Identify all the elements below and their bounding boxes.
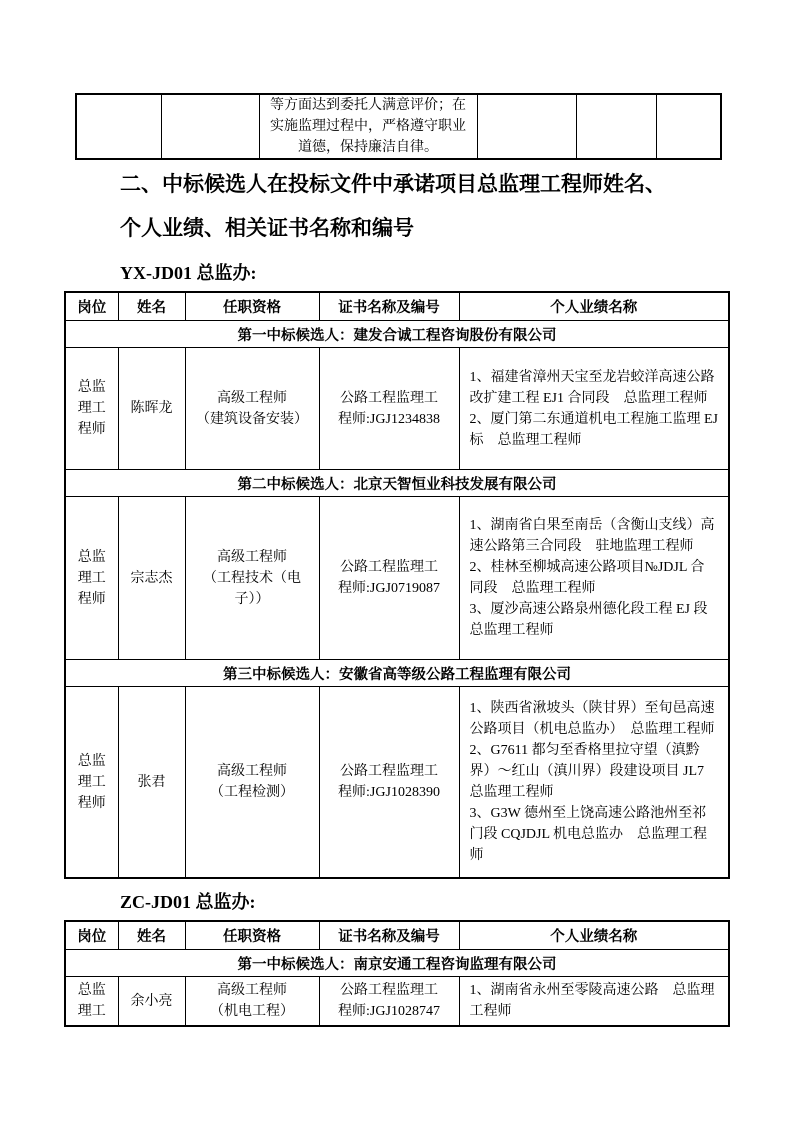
empty-cell [161, 94, 259, 159]
table-header-row: 岗位 姓名 任职资格 证书名称及编号 个人业绩名称 [65, 292, 729, 321]
certificate-cell: 公路工程监理工程师:JGJ1234838 [319, 348, 459, 470]
table-row: 总监理工 余小亮 高级工程师 （机电工程） 公路工程监理工程师:JGJ10287… [65, 977, 729, 1027]
certificate-cell: 公路工程监理工程师:JGJ1028747 [319, 977, 459, 1027]
empty-cell [76, 94, 161, 159]
empty-cell [477, 94, 576, 159]
achievement-item: 2、桂林至柳城高速公路项目№JDJL 合同段 总监理工程师 [470, 557, 719, 599]
column-header-certificate: 证书名称及编号 [319, 921, 459, 950]
qualification-title: 高级工程师 [192, 761, 313, 782]
candidates-table-yx: 岗位 姓名 任职资格 证书名称及编号 个人业绩名称 第一中标候选人：建发合诚工程… [64, 291, 730, 879]
achievement-item: 1、福建省漳州天宝至龙岩蛟洋高速公路改扩建工程 EJ1 合同段 总监理工程师 [470, 367, 719, 409]
table-header-row: 岗位 姓名 任职资格 证书名称及编号 个人业绩名称 [65, 921, 729, 950]
candidates-table-zc: 岗位 姓名 任职资格 证书名称及编号 个人业绩名称 第一中标候选人：南京安通工程… [64, 920, 730, 1027]
candidate-banner-row: 第一中标候选人：南京安通工程咨询监理有限公司 [65, 950, 729, 977]
column-header-position: 岗位 [65, 921, 118, 950]
qualification-detail: （工程技术（电子）） [192, 568, 313, 610]
continuation-table: 等方面达到委托人满意评价；在实施监理过程中，严格遵守职业道德，保持廉洁自律。 [75, 93, 722, 160]
achievement-item: 1、湖南省永州至零陵高速公路 总监理工程师 [470, 980, 719, 1022]
qualification-title: 高级工程师 [192, 980, 313, 1001]
section-heading: 二、中标候选人在投标文件中承诺项目总监理工程师姓名、 个人业绩、相关证书名称和编… [120, 162, 793, 250]
name-cell: 余小亮 [118, 977, 185, 1027]
name-cell: 宗志杰 [118, 497, 185, 660]
heading-line-2: 个人业绩、相关证书名称和编号 [120, 206, 793, 250]
subsection-title-yx: YX-JD01 总监办: [120, 260, 793, 286]
subsection-title-zc: ZC-JD01 总监办: [120, 889, 793, 915]
document-page: 等方面达到委托人满意评价；在实施监理过程中，严格遵守职业道德，保持廉洁自律。 二… [0, 0, 793, 1122]
qualification-title: 高级工程师 [192, 547, 313, 568]
achievement-item: 2、厦门第二东通道机电工程施工监理 EJ 标 总监理工程师 [470, 409, 719, 451]
candidate-banner-row: 第三中标候选人：安徽省高等级公路工程监理有限公司 [65, 660, 729, 687]
column-header-achievements: 个人业绩名称 [459, 292, 729, 321]
column-header-qualification: 任职资格 [185, 292, 319, 321]
achievement-item: 1、湖南省白果至南岳（含衡山支线）高速公路第三合同段 驻地监理工程师 [470, 515, 719, 557]
achievements-cell: 1、湖南省永州至零陵高速公路 总监理工程师 [459, 977, 729, 1027]
candidate-1-label: 第一中标候选人：建发合诚工程咨询股份有限公司 [65, 321, 729, 348]
candidate-banner-row: 第二中标候选人：北京天智恒业科技发展有限公司 [65, 470, 729, 497]
column-header-achievements: 个人业绩名称 [459, 921, 729, 950]
table-row: 总监理工程师 宗志杰 高级工程师 （工程技术（电子）） 公路工程监理工程师:JG… [65, 497, 729, 660]
achievement-item: 1、陕西省湫坡头（陕甘界）至旬邑高速公路项目（机电总监办） 总监理工程师 [470, 698, 719, 740]
qualification-detail: （建筑设备安装） [192, 409, 313, 430]
achievement-item: 3、G3W 德州至上饶高速公路池州至祁门段 CQJDJL 机电总监办 总监理工程… [470, 803, 719, 866]
position-cell: 总监理工程师 [65, 497, 118, 660]
name-cell: 陈晖龙 [118, 348, 185, 470]
column-header-qualification: 任职资格 [185, 921, 319, 950]
candidate-3-label: 第三中标候选人：安徽省高等级公路工程监理有限公司 [65, 660, 729, 687]
candidate-2-label: 第二中标候选人：北京天智恒业科技发展有限公司 [65, 470, 729, 497]
candidate-1-label: 第一中标候选人：南京安通工程咨询监理有限公司 [65, 950, 729, 977]
qualification-cell: 高级工程师 （工程检测） [185, 687, 319, 879]
certificate-cell: 公路工程监理工程师:JGJ0719087 [319, 497, 459, 660]
continuation-row: 等方面达到委托人满意评价；在实施监理过程中，严格遵守职业道德，保持廉洁自律。 [76, 94, 721, 159]
position-cell: 总监理工程师 [65, 348, 118, 470]
achievement-item: 2、G7611 都匀至香格里拉守望（滇黔界）～红山（滇川界）段建设项目 JL7 … [470, 740, 719, 803]
qualification-title: 高级工程师 [192, 388, 313, 409]
table-row: 总监理工程师 陈晖龙 高级工程师 （建筑设备安装） 公路工程监理工程师:JGJ1… [65, 348, 729, 470]
column-header-certificate: 证书名称及编号 [319, 292, 459, 321]
certificate-cell: 公路工程监理工程师:JGJ1028390 [319, 687, 459, 879]
qualification-detail: （工程检测） [192, 782, 313, 803]
evaluation-text-cell: 等方面达到委托人满意评价；在实施监理过程中，严格遵守职业道德，保持廉洁自律。 [259, 94, 477, 159]
position-cell: 总监理工程师 [65, 687, 118, 879]
candidate-banner-row: 第一中标候选人：建发合诚工程咨询股份有限公司 [65, 321, 729, 348]
column-header-position: 岗位 [65, 292, 118, 321]
table-row: 总监理工程师 张君 高级工程师 （工程检测） 公路工程监理工程师:JGJ1028… [65, 687, 729, 879]
achievements-cell: 1、陕西省湫坡头（陕甘界）至旬邑高速公路项目（机电总监办） 总监理工程师 2、G… [459, 687, 729, 879]
heading-line-1: 二、中标候选人在投标文件中承诺项目总监理工程师姓名、 [120, 162, 793, 206]
position-cell: 总监理工 [65, 977, 118, 1027]
qualification-cell: 高级工程师 （建筑设备安装） [185, 348, 319, 470]
empty-cell [656, 94, 721, 159]
qualification-cell: 高级工程师 （工程技术（电子）） [185, 497, 319, 660]
column-header-name: 姓名 [118, 921, 185, 950]
achievements-cell: 1、湖南省白果至南岳（含衡山支线）高速公路第三合同段 驻地监理工程师 2、桂林至… [459, 497, 729, 660]
qualification-detail: （机电工程） [192, 1001, 313, 1022]
name-cell: 张君 [118, 687, 185, 879]
qualification-cell: 高级工程师 （机电工程） [185, 977, 319, 1027]
empty-cell [576, 94, 656, 159]
column-header-name: 姓名 [118, 292, 185, 321]
achievement-item: 3、厦沙高速公路泉州德化段工程 EJ 段 总监理工程师 [470, 599, 719, 641]
achievements-cell: 1、福建省漳州天宝至龙岩蛟洋高速公路改扩建工程 EJ1 合同段 总监理工程师 2… [459, 348, 729, 470]
